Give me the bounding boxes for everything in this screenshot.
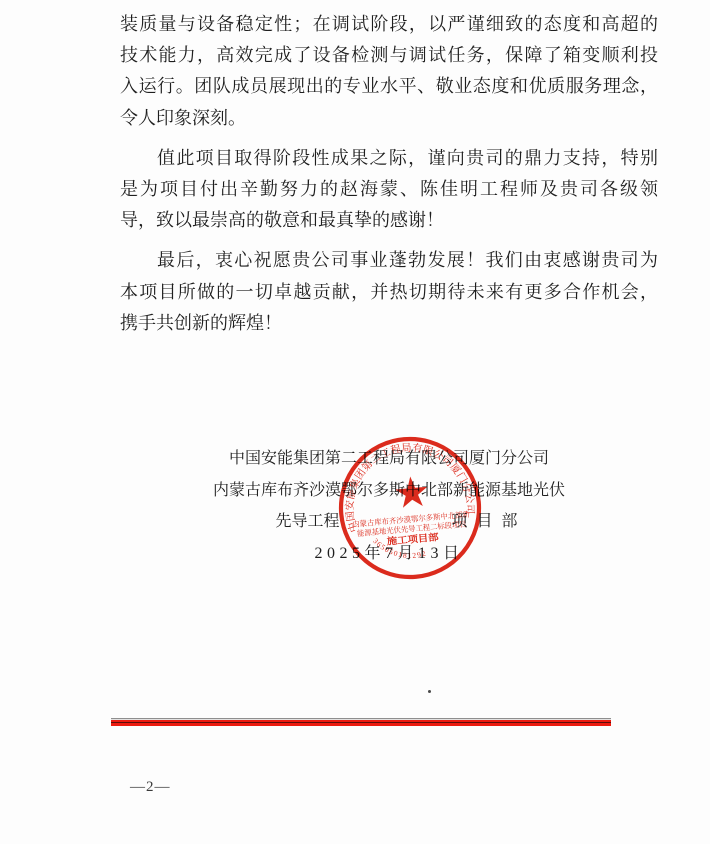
- body-line: 入运行。团队成员展现出的专业水平、敬业态度和优质服务理念，: [120, 71, 658, 102]
- signature-project-line: 内蒙古库布齐沙漠鄂尔多斯中北部新能源基地光伏: [120, 475, 658, 507]
- page-number: —2—: [130, 779, 171, 796]
- body-line: 是为项目付出辛勤努力的赵海蒙、陈佳明工程师及贵司各级领: [120, 174, 658, 205]
- body-line: 本项目所做的一切卓越贡献，并热切期待未来有更多合作机会，: [120, 277, 658, 308]
- scanned-letter-page: 装质量与设备稳定性；在调试阶段，以严谨细致的态度和高超的 技术能力，高效完成了设…: [0, 0, 710, 844]
- body-line: 最后，衷心祝愿贵公司事业蓬勃发展！我们由衷感谢贵司为: [120, 245, 658, 276]
- signature-fragment-left: 先导工程: [275, 513, 339, 530]
- scan-artifact-speck: [428, 690, 431, 693]
- signature-block: 中国安能集团第二工程局有限公司厦门分公司 内蒙古库布齐沙漠鄂尔多斯中北部新能源基…: [120, 443, 658, 569]
- signature-fragment-right: 项目部: [452, 513, 527, 530]
- body-line: 令人印象深刻。: [120, 103, 658, 134]
- body-line: 携手共创新的辉煌！: [120, 308, 658, 339]
- signature-date: 2025年7月13日: [120, 538, 658, 570]
- signature-project-line: 先导工程项目部: [132, 506, 670, 538]
- red-divider-line: [111, 718, 611, 726]
- letter-body: 装质量与设备稳定性；在调试阶段，以严谨细致的态度和高超的 技术能力，高效完成了设…: [120, 9, 658, 339]
- signature-company-line: 中国安能集团第二工程局有限公司厦门分公司: [120, 443, 658, 475]
- body-line: 技术能力，高效完成了设备检测与调试任务，保障了箱变顺利投: [120, 40, 658, 71]
- body-line: 值此项目取得阶段性成果之际，谨向贵司的鼎力支持，特别: [120, 143, 658, 174]
- body-line: 装质量与设备稳定性；在调试阶段，以严谨细致的态度和高超的: [120, 9, 658, 40]
- body-line: 导，致以最崇高的敬意和最真挚的感谢！: [120, 205, 658, 236]
